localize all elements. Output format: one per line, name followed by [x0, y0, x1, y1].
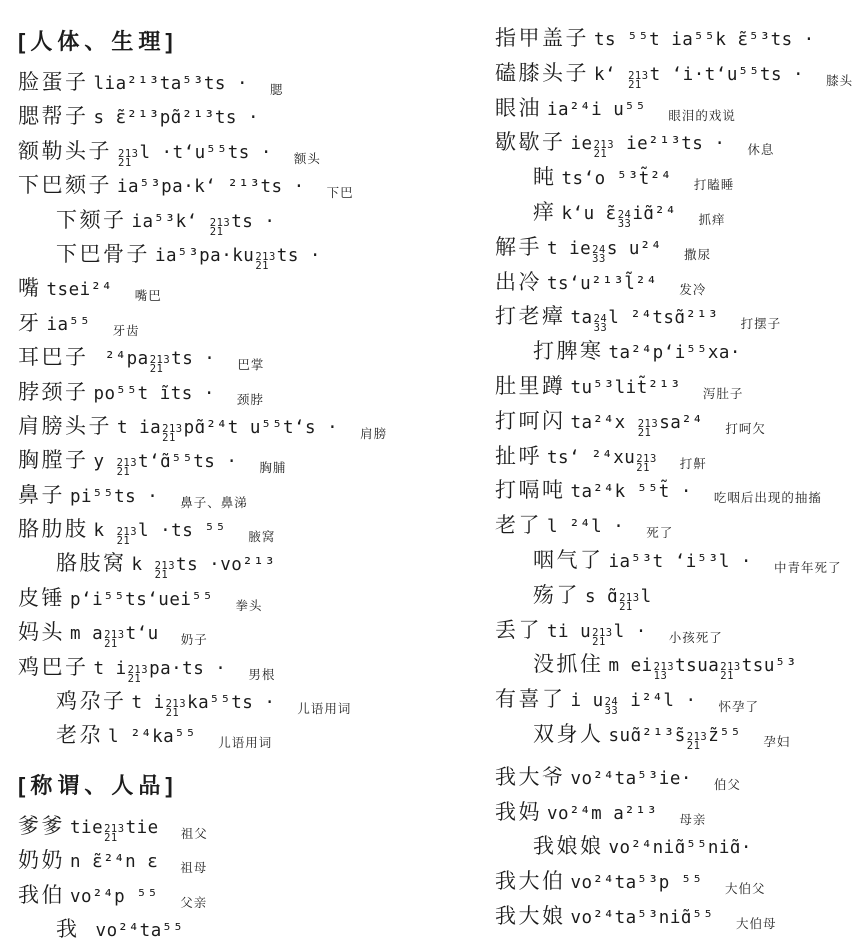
dict-entry: 我伯vo²⁴p ⁵⁵父亲 — [18, 879, 458, 913]
entry-headword: 我伯 — [18, 879, 65, 909]
entry-phonetic: k 21321ts ·vo²¹³ — [132, 555, 276, 584]
entry-headword: 磕膝头子 — [495, 57, 589, 87]
dict-entry: 奶奶n ɛ̃²⁴n ɛ祖母 — [18, 844, 458, 878]
entry-gloss: 泻肚子 — [703, 384, 744, 402]
entry-gloss: 男根 — [248, 665, 275, 683]
dict-entry: 下颏子ia⁵³kʻ 21321ts · — [18, 204, 458, 238]
entry-headword: 打嗝吨 — [495, 474, 566, 504]
entry-gloss: 中青年死了 — [774, 558, 842, 576]
entry-gloss: 大伯父 — [725, 879, 766, 897]
entry-gloss: 下巴 — [327, 183, 354, 201]
entry-headword: 盹 — [533, 161, 557, 191]
entry-headword: 我大伯 — [495, 865, 566, 895]
entry-gloss: 胸脯 — [259, 458, 286, 476]
entry-headword: 老了 — [495, 509, 542, 539]
dictionary-column-right: 指甲盖子ts ⁵⁵t ia⁵⁵k ɛ̃⁵³ts ·磕膝头子kʻ 21321t ʻ… — [495, 0, 860, 935]
entry-phonetic: pʻi⁵⁵tsʻuei⁵⁵ — [70, 590, 213, 610]
entry-phonetic: t ie2433s u²⁴ — [547, 239, 662, 268]
dictionary-page: [人体、生理]脸蛋子lia²¹³ta⁵³ts ·腮腮帮子s ɛ̃²¹³pɑ̃²¹… — [0, 0, 862, 942]
stacked-tone-mark: 21321 — [592, 629, 612, 647]
entry-headword: 下颏子 — [56, 204, 127, 234]
stacked-tone-mark: 21313 — [654, 663, 674, 681]
entry-phonetic: t i21321pa·ts · — [94, 659, 227, 688]
entry-phonetic: tsʻ ²⁴xu21321 — [547, 448, 658, 477]
entry-phonetic: i u2433 i²⁴l · — [571, 691, 697, 720]
entry-phonetic: l ²⁴l · — [547, 517, 624, 537]
entry-phonetic: tie21321tie — [70, 818, 159, 847]
stacked-tone-mark: 21321 — [162, 425, 182, 443]
dict-entry: 没抓住m ei21313tsua21321tsu⁵³ — [495, 648, 860, 683]
entry-phonetic: t ia21321pɑ̃²⁴t u⁵⁵tʻs · — [117, 418, 338, 447]
dictionary-column-left: [人体、生理]脸蛋子lia²¹³ta⁵³ts ·腮腮帮子s ɛ̃²¹³pɑ̃²¹… — [18, 0, 458, 942]
entry-headword: 肩膀头子 — [18, 410, 112, 440]
entry-phonetic: kʻu ɛ̃2433iɑ̃²⁴ — [562, 204, 677, 233]
entry-gloss: 膝头 — [826, 71, 853, 89]
entry-headword: 我大娘 — [495, 900, 566, 930]
entry-gloss: 小孩死了 — [669, 628, 723, 646]
entry-headword: 解手 — [495, 231, 542, 261]
entry-headword: 肚里蹲 — [495, 370, 566, 400]
entry-headword: 我妈 — [495, 796, 542, 826]
entry-gloss: 肩膀 — [360, 424, 387, 442]
section-gap — [18, 754, 458, 766]
dict-entry: 鸡尕子t i21321ka⁵⁵ts ·儿语用词 — [18, 685, 458, 719]
entry-headword: 我 — [56, 913, 80, 942]
dict-entry: 胳肢窝k 21321ts ·vo²¹³ — [18, 547, 458, 581]
entry-gloss: 怀孕了 — [719, 697, 760, 715]
dict-entry: 下巴骨子ia⁵³pa·ku21321ts · — [18, 238, 458, 272]
dict-entry: 指甲盖子ts ⁵⁵t ia⁵⁵k ɛ̃⁵³ts · — [495, 22, 860, 57]
stacked-tone-mark: 21321 — [117, 528, 137, 546]
stacked-tone-mark: 21321 — [636, 455, 656, 473]
entry-headword: 痒 — [533, 196, 557, 226]
stacked-tone-mark: 21321 — [255, 253, 275, 271]
entry-headword: 鸡巴子 — [18, 651, 89, 681]
entry-gloss: 祖父 — [181, 824, 208, 842]
entry-headword: 下巴颏子 — [18, 169, 112, 199]
entry-phonetic: ta2433l ²⁴tsɑ̃²¹³ — [571, 308, 719, 337]
dict-entry: 解手t ie2433s u²⁴撒尿 — [495, 231, 860, 266]
entry-headword: 嘴 — [18, 272, 42, 302]
entry-headword: 耳巴子 — [18, 341, 89, 371]
dict-entry: 出冷tsʻu²¹³l̃²⁴发冷 — [495, 266, 860, 301]
entry-headword: 牙 — [18, 307, 42, 337]
entry-phonetic: ta²⁴pʻi⁵⁵xa· — [609, 343, 741, 363]
entry-gloss: 打瞌睡 — [694, 175, 735, 193]
dict-entry: 脸蛋子lia²¹³ta⁵³ts ·腮 — [18, 66, 458, 100]
stacked-tone-mark: 21321 — [720, 663, 740, 681]
stacked-tone-mark: 21321 — [628, 72, 648, 90]
entry-gloss: 腋窝 — [248, 527, 275, 545]
entry-gloss: 死了 — [646, 523, 673, 541]
entry-phonetic: vo²⁴ta⁵³niɑ̃⁵⁵ — [571, 908, 714, 928]
entry-headword: 我娘娘 — [533, 830, 604, 860]
dict-entry: 牙ia⁵⁵牙齿 — [18, 307, 458, 341]
dict-entry: 嘴tsei²⁴嘴巴 — [18, 272, 458, 306]
dict-entry: 有喜了i u2433 i²⁴l ·怀孕了 — [495, 683, 860, 718]
stacked-tone-mark: 21321 — [118, 150, 138, 168]
dict-entry: 胸膛子y 21321tʻɑ̃⁵⁵ts ·胸脯 — [18, 444, 458, 478]
entry-headword: 脸蛋子 — [18, 66, 89, 96]
entry-gloss: 颈脖 — [237, 390, 264, 408]
dict-entry: 耳巴子 ²⁴pa21321ts ·巴掌 — [18, 341, 458, 375]
entry-phonetic: vo²⁴p ⁵⁵ — [70, 887, 158, 907]
stacked-tone-mark: 21321 — [104, 825, 124, 843]
entry-headword: 我大爷 — [495, 761, 566, 791]
entry-headword: 打老瘴 — [495, 300, 566, 330]
dict-entry: 打嗝吨ta²⁴k ⁵⁵t̃ ·吃咽后出现的抽搐 — [495, 474, 860, 509]
entry-headword: 咽气了 — [533, 544, 604, 574]
entry-gloss: 拳头 — [235, 596, 262, 614]
entry-phonetic: ia⁵³pa·kʻ ²¹³ts · — [117, 177, 305, 197]
entry-phonetic: tsei²⁴ — [47, 280, 113, 300]
entry-phonetic: vo²⁴niɑ̃⁵⁵niɑ̃· — [609, 838, 752, 858]
entry-headword: 出冷 — [495, 266, 542, 296]
entry-phonetic: tu⁵³lit̃²¹³ — [571, 378, 681, 398]
entry-gloss: 孕妇 — [763, 732, 790, 750]
entry-headword: 腮帮子 — [18, 100, 89, 130]
entry-gloss: 祖母 — [180, 858, 207, 876]
entry-gloss: 巴掌 — [237, 355, 264, 373]
entry-gloss: 撒尿 — [684, 245, 711, 263]
entry-headword: 脖颈子 — [18, 376, 89, 406]
dict-entry: 我大伯vo²⁴ta⁵³p ⁵⁵大伯父 — [495, 865, 860, 900]
dict-entry: 殇了s ɑ̃21321l — [495, 579, 860, 614]
stacked-tone-mark: 21321 — [619, 594, 639, 612]
stacked-tone-mark: 21321 — [117, 459, 137, 477]
entry-headword: 胳肢窝 — [56, 547, 127, 577]
dict-entry: 妈头m a21321tʻu奶子 — [18, 616, 458, 650]
stacked-tone-mark: 2433 — [594, 315, 608, 333]
dict-entry: 痒kʻu ɛ̃2433iɑ̃²⁴抓痒 — [495, 196, 860, 231]
section-header: [人体、生理] — [18, 22, 458, 66]
entry-phonetic: ia⁵⁵ — [47, 315, 91, 335]
entry-headword: 有喜了 — [495, 683, 566, 713]
entry-headword: 扯呼 — [495, 440, 542, 470]
entry-gloss: 休息 — [747, 140, 774, 158]
entry-headword: 打脾寒 — [533, 335, 604, 365]
entry-headword: 歇歇子 — [495, 126, 566, 156]
dict-entry: 皮锤pʻi⁵⁵tsʻuei⁵⁵拳头 — [18, 582, 458, 616]
entry-phonetic: lia²¹³ta⁵³ts · — [94, 74, 249, 94]
stacked-tone-mark: 2433 — [605, 698, 619, 716]
entry-phonetic: vo²⁴m a²¹³ — [547, 804, 657, 824]
dict-entry: 腮帮子s ɛ̃²¹³pɑ̃²¹³ts · — [18, 100, 458, 134]
dict-entry: 肚里蹲tu⁵³lit̃²¹³泻肚子 — [495, 370, 860, 405]
entry-phonetic: ia⁵³kʻ 21321ts · — [132, 212, 276, 241]
dict-entry: 鼻子pi⁵⁵ts ·鼻子、鼻涕 — [18, 479, 458, 513]
entry-phonetic: ie21321 ie²¹³ts · — [571, 134, 726, 163]
dict-entry: 扯呼tsʻ ²⁴xu21321打鼾 — [495, 440, 860, 475]
entry-headword: 鼻子 — [18, 479, 65, 509]
entry-phonetic: y 21321tʻɑ̃⁵⁵ts · — [94, 452, 238, 481]
entry-gloss: 打摆子 — [741, 314, 782, 332]
entry-headword: 胸膛子 — [18, 444, 89, 474]
dict-entry: 鸡巴子t i21321pa·ts ·男根 — [18, 651, 458, 685]
stacked-tone-mark: 21321 — [687, 733, 707, 751]
section-header: [称谓、人品] — [18, 766, 458, 810]
entry-headword: 打呵闪 — [495, 405, 566, 435]
entry-gloss: 伯父 — [714, 775, 741, 793]
dict-entry: 额勒头子21321l ·tʻu⁵⁵ts ·额头 — [18, 135, 458, 169]
entry-headword: 双身人 — [533, 718, 604, 748]
stacked-tone-mark: 21321 — [638, 420, 658, 438]
dict-entry: 咽气了ia⁵³t ʻi⁵³l ·中青年死了 — [495, 544, 860, 579]
entry-headword: 指甲盖子 — [495, 22, 589, 52]
entry-phonetic: k 21321l ·ts ⁵⁵ — [94, 521, 227, 550]
entry-phonetic: po⁵⁵t ĩts · — [94, 384, 215, 404]
entry-gloss: 大伯母 — [736, 914, 777, 932]
entry-phonetic: ia⁵³t ʻi⁵³l · — [609, 552, 752, 572]
entry-gloss: 额头 — [294, 149, 321, 167]
entry-headword: 鸡尕子 — [56, 685, 127, 715]
entry-gloss: 发冷 — [679, 280, 706, 298]
entry-headword: 妈头 — [18, 616, 65, 646]
entry-phonetic: 21321l ·tʻu⁵⁵ts · — [117, 143, 272, 172]
entry-phonetic: ia⁵³pa·ku21321ts · — [155, 246, 321, 275]
stacked-tone-mark: 2433 — [592, 246, 606, 264]
dict-entry: 双身人suɑ̃²¹³s̃21321z̃⁵⁵孕妇 — [495, 718, 860, 753]
entry-gloss: 鼻子、鼻涕 — [180, 493, 248, 511]
dict-entry: 丢了ti u21321l ·小孩死了 — [495, 614, 860, 649]
dict-entry: 我大爷vo²⁴ta⁵³ie·伯父 — [495, 761, 860, 796]
dict-entry: 胳肋肢k 21321l ·ts ⁵⁵腋窝 — [18, 513, 458, 547]
entry-phonetic: vo²⁴ta⁵³ie· — [571, 769, 692, 789]
entry-headword: 下巴骨子 — [56, 238, 150, 268]
entry-phonetic: pi⁵⁵ts · — [70, 487, 158, 507]
dict-entry: 脖颈子po⁵⁵t ĩts ·颈脖 — [18, 376, 458, 410]
entry-phonetic: ti u21321l · — [547, 622, 647, 651]
entry-gloss: 奶子 — [181, 630, 208, 648]
dict-entry: 我娘娘vo²⁴niɑ̃⁵⁵niɑ̃· — [495, 830, 860, 865]
entry-phonetic: n ɛ̃²⁴n ɛ — [70, 852, 158, 872]
entry-phonetic: kʻ 21321t ʻi·tʻu⁵⁵ts · — [594, 65, 804, 94]
stacked-tone-mark: 21321 — [594, 141, 614, 159]
entry-phonetic: tsʻu²¹³l̃²⁴ — [547, 274, 657, 294]
entry-headword: 老尕 — [56, 719, 103, 749]
entry-phonetic: m a21321tʻu — [70, 624, 159, 653]
entry-gloss: 腮 — [270, 80, 284, 98]
entry-headword: 皮锤 — [18, 582, 65, 612]
stacked-tone-mark: 21321 — [166, 700, 186, 718]
entry-phonetic: s ɑ̃21321l — [585, 587, 652, 616]
entry-gloss: 嘴巴 — [135, 286, 162, 304]
stacked-tone-mark: 21321 — [210, 219, 230, 237]
entry-gloss: 儿语用词 — [218, 733, 272, 751]
dict-entry: 下巴颏子ia⁵³pa·kʻ ²¹³ts ·下巴 — [18, 169, 458, 203]
entry-headword: 额勒头子 — [18, 135, 112, 165]
entry-headword: 殇了 — [533, 579, 580, 609]
entry-headword: 眼油 — [495, 92, 542, 122]
entry-gloss: 打鼾 — [680, 454, 707, 472]
dict-entry: 盹tsʻo ⁵³t̃²⁴打瞌睡 — [495, 161, 860, 196]
entry-gloss: 儿语用词 — [297, 699, 351, 717]
dict-entry: 我妈vo²⁴m a²¹³母亲 — [495, 796, 860, 831]
entry-gloss: 父亲 — [180, 893, 207, 911]
entry-headword: 没抓住 — [533, 648, 604, 678]
dict-entry: 老尕l ²⁴ka⁵⁵儿语用词 — [18, 719, 458, 753]
entry-headword: 爹爹 — [18, 810, 65, 840]
entry-headword: 胳肋肢 — [18, 513, 89, 543]
dict-entry: 肩膀头子t ia21321pɑ̃²⁴t u⁵⁵tʻs ·肩膀 — [18, 410, 458, 444]
dict-entry: 老了l ²⁴l ·死了 — [495, 509, 860, 544]
entry-phonetic: ²⁴pa21321ts · — [94, 349, 216, 378]
entry-phonetic: vo²⁴ta⁵³p ⁵⁵ — [571, 873, 703, 893]
entry-phonetic: ta²⁴x 21321sa²⁴ — [571, 413, 704, 442]
dict-entry: 打脾寒ta²⁴pʻi⁵⁵xa· — [495, 335, 860, 370]
entry-phonetic: suɑ̃²¹³s̃21321z̃⁵⁵ — [609, 726, 742, 755]
entry-phonetic: tsʻo ⁵³t̃²⁴ — [562, 169, 672, 189]
entry-phonetic: s ɛ̃²¹³pɑ̃²¹³ts · — [94, 108, 260, 128]
stacked-tone-mark: 21321 — [155, 562, 175, 580]
entry-gloss: 牙齿 — [113, 321, 140, 339]
entry-phonetic: vo²⁴ta⁵⁵ — [85, 921, 184, 941]
dict-entry: 磕膝头子kʻ 21321t ʻi·tʻu⁵⁵ts ·膝头 — [495, 57, 860, 92]
stacked-tone-mark: 21321 — [104, 631, 124, 649]
dict-entry: 眼油ia²⁴i u⁵⁵眼泪的戏说 — [495, 92, 860, 127]
entry-phonetic: ta²⁴k ⁵⁵t̃ · — [571, 482, 692, 502]
dict-entry: 打老瘴ta2433l ²⁴tsɑ̃²¹³打摆子 — [495, 300, 860, 335]
dict-entry: 我 vo²⁴ta⁵⁵ — [18, 913, 458, 942]
entry-phonetic: l ²⁴ka⁵⁵ — [108, 727, 196, 747]
entry-gloss: 眼泪的戏说 — [668, 106, 736, 124]
dict-entry: 我大娘vo²⁴ta⁵³niɑ̃⁵⁵大伯母 — [495, 900, 860, 935]
entry-phonetic: t i21321ka⁵⁵ts · — [132, 693, 276, 722]
entry-gloss: 打呵欠 — [725, 419, 766, 437]
entry-headword: 丢了 — [495, 614, 542, 644]
stacked-tone-mark: 21321 — [150, 356, 170, 374]
entry-gloss: 母亲 — [679, 810, 706, 828]
dict-entry: 爹爹tie21321tie祖父 — [18, 810, 458, 844]
stacked-tone-mark: 21321 — [128, 666, 148, 684]
entry-phonetic: m ei21313tsua21321tsu⁵³ — [609, 656, 797, 685]
entry-gloss: 吃咽后出现的抽搐 — [714, 488, 822, 506]
stacked-tone-mark: 2433 — [618, 211, 632, 229]
dict-entry: 歇歇子ie21321 ie²¹³ts ·休息 — [495, 126, 860, 161]
dict-entry: 打呵闪ta²⁴x 21321sa²⁴打呵欠 — [495, 405, 860, 440]
entry-phonetic: ts ⁵⁵t ia⁵⁵k ɛ̃⁵³ts · — [594, 30, 815, 50]
entry-phonetic: ia²⁴i u⁵⁵ — [547, 100, 646, 120]
entry-gloss: 抓痒 — [699, 210, 726, 228]
entry-headword: 奶奶 — [18, 844, 65, 874]
